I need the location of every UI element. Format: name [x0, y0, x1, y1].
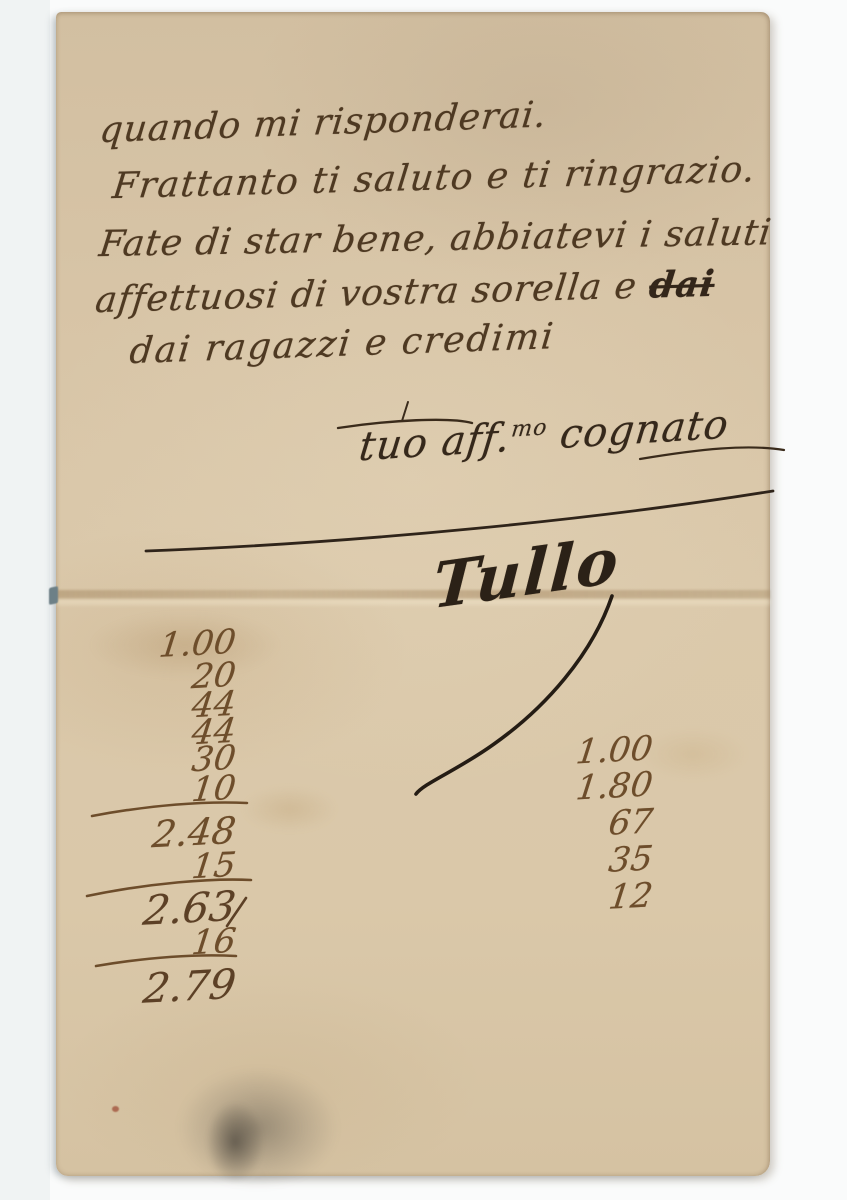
left-col-addend: 10 [77, 768, 238, 816]
fold-crease-highlight [56, 599, 770, 605]
right-col-value: 12 [517, 876, 655, 923]
fold-crease [56, 590, 770, 599]
scanned-letter-page: quando mi risponderai. Frattanto ti salu… [0, 0, 847, 1200]
fold-edge-notch [49, 586, 58, 605]
left-col-total: 2.79 [76, 960, 238, 1016]
struck-word: dai [647, 263, 717, 307]
closing-pre: tuo aff. [357, 415, 513, 471]
closing-superscript: mo [510, 415, 549, 442]
